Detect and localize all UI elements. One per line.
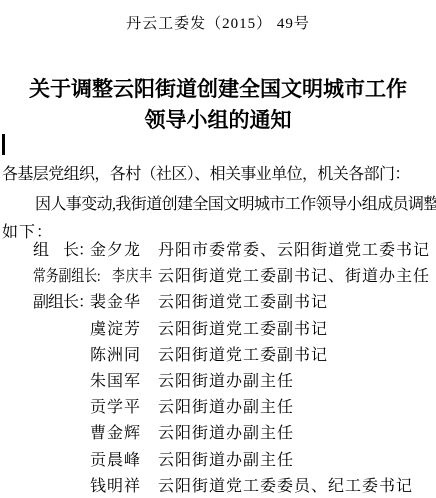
roster-duty: 云阳街道党工委委员、纪工委书记 — [158, 474, 413, 498]
roster-person-name: 金夕龙 — [90, 238, 141, 264]
roster: 组 长：金夕龙丹阳市委常委、云阳街道党工委书记常务副组长:李庆丰云阳街道党工委副… — [0, 238, 436, 498]
roster-duty: 云阳街道办副主任 — [158, 395, 294, 421]
doc-title-line1: 关于调整云阳街道创建全国文明城市工作 — [0, 74, 436, 105]
roster-row: 组 长：金夕龙丹阳市委常委、云阳街道党工委书记 — [0, 238, 436, 264]
doc-number: 丹云工委发（2015） 49号 — [0, 12, 436, 33]
roster-person-name: 朱国军 — [90, 369, 141, 395]
roster-person-name: 贡晨峰 — [90, 448, 141, 474]
roster-row: 贡学平云阳街道办副主任 — [0, 395, 436, 421]
roster-row: 陈洲同云阳街道党工委副书记 — [0, 343, 436, 369]
roster-person-name: 曹金辉 — [90, 421, 141, 447]
roster-duty: 云阳街道党工委副书记 — [158, 343, 328, 369]
roster-person-name: 裴金华 — [90, 290, 141, 316]
roster-person-name: 李庆丰 — [112, 264, 153, 290]
roster-person-name: 虞淀芳 — [90, 317, 141, 343]
roster-row: 曹金辉云阳街道办副主任 — [0, 421, 436, 447]
roster-duty: 云阳街道办副主任 — [158, 448, 294, 474]
doc-title: 关于调整云阳街道创建全国文明城市工作 领导小组的通知 — [0, 74, 436, 136]
roster-role-label: 副组长： — [33, 290, 93, 316]
roster-duty: 云阳街道党工委副书记 — [158, 317, 328, 343]
body-paragraph-line1: 因人事变动,我街道创建全国文明城市工作领导小组成员调整 — [35, 191, 436, 214]
roster-role-label: 组 长： — [33, 238, 93, 264]
roster-role-label: 常务副组长: — [33, 264, 101, 290]
roster-duty: 云阳街道办副主任 — [158, 369, 294, 395]
doc-title-line2: 领导小组的通知 — [0, 105, 436, 136]
document-page: 丹云工委发（2015） 49号 关于调整云阳街道创建全国文明城市工作 领导小组的… — [0, 0, 436, 498]
roster-row: 常务副组长:李庆丰云阳街道党工委副书记、街道办主任 — [0, 264, 436, 290]
roster-duty: 云阳街道办副主任 — [158, 421, 294, 447]
text-cursor — [2, 134, 5, 155]
roster-row: 朱国军云阳街道办副主任 — [0, 369, 436, 395]
roster-person-name: 陈洲同 — [90, 343, 141, 369]
roster-duty: 云阳街道党工委副书记 — [158, 290, 328, 316]
roster-duty: 丹阳市委常委、云阳街道党工委书记 — [158, 238, 430, 264]
roster-person-name: 钱明祥 — [90, 474, 141, 498]
roster-person-name: 贡学平 — [90, 395, 141, 421]
roster-row: 副组长：裴金华云阳街道党工委副书记 — [0, 290, 436, 316]
roster-row: 贡晨峰云阳街道办副主任 — [0, 448, 436, 474]
roster-duty: 云阳街道党工委副书记、街道办主任 — [158, 264, 430, 290]
roster-row: 钱明祥云阳街道党工委委员、纪工委书记 — [0, 474, 436, 498]
roster-row: 虞淀芳云阳街道党工委副书记 — [0, 317, 436, 343]
salutation: 各基层党组织，各村（社区）、相关事业单位，机关各部门： — [2, 161, 410, 184]
